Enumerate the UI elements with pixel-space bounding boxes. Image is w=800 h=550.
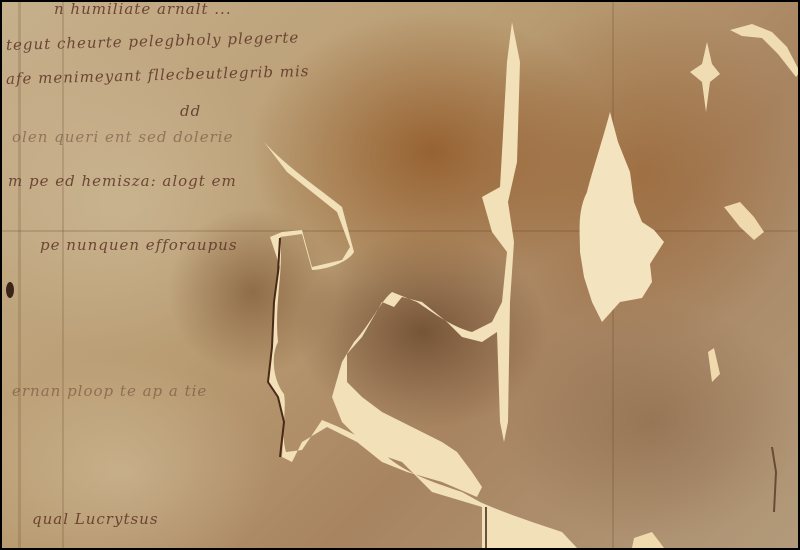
script-line: ernan ploop te ap a tie xyxy=(12,382,207,400)
peeled-crack-top-right xyxy=(730,24,798,77)
script-line: m pe ed hemisza: alogt em xyxy=(8,172,237,190)
crack-line xyxy=(772,447,776,512)
peeled-fleck-lower xyxy=(708,348,720,382)
peeled-area-right xyxy=(580,112,664,322)
peeled-area-central xyxy=(264,22,577,548)
peeled-fleck-right xyxy=(724,202,764,240)
script-line: olen queri ent sed dolerie xyxy=(12,128,233,146)
script-line: n humiliate arnalt ... xyxy=(54,2,232,18)
script-line: dd xyxy=(180,102,201,120)
peeled-fleck-bottom xyxy=(632,532,664,548)
script-line: pe nunquen efforaupus xyxy=(40,236,238,254)
ink-blot xyxy=(6,282,14,298)
script-line: qual Lucrytsus xyxy=(32,510,159,528)
peeled-crack-top xyxy=(690,42,720,112)
parchment-photo: n humiliate arnalt ... tegut cheurte pel… xyxy=(2,2,798,548)
torn-edge xyxy=(268,238,284,457)
